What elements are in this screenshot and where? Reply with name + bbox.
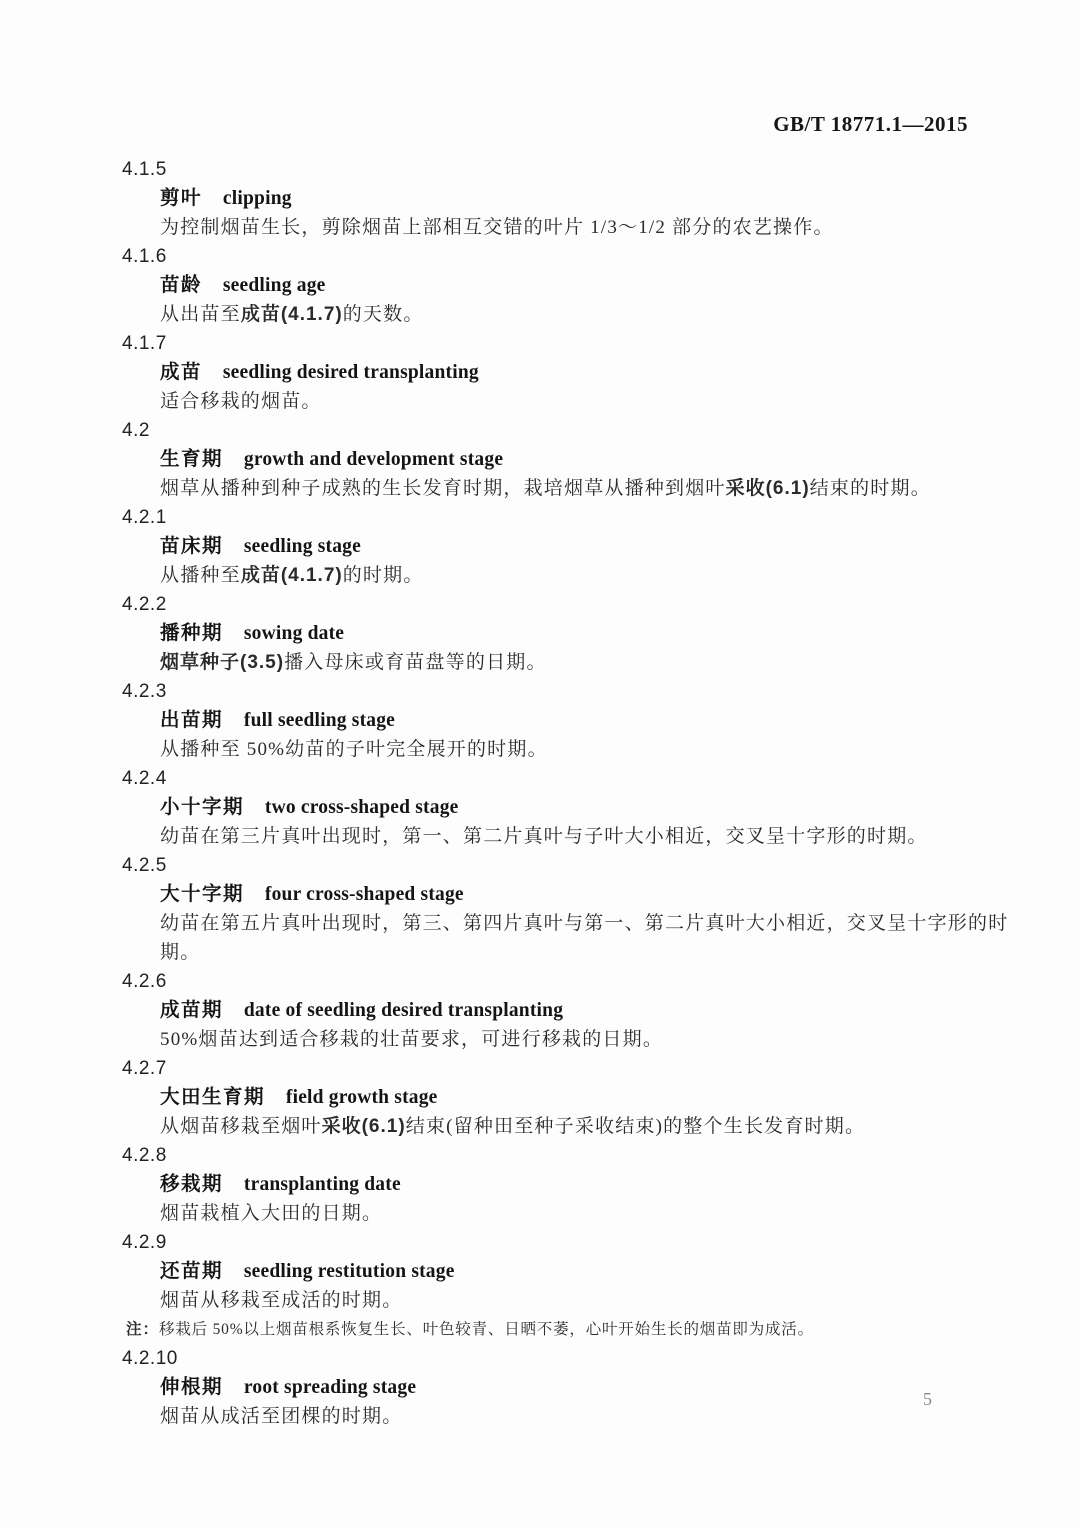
term-line: 苗床期 seedling stage — [160, 532, 1080, 561]
term-line: 成苗期 date of seedling desired transplanti… — [160, 996, 1080, 1025]
term-definition: 烟草从播种到种子成熟的生长发育时期，栽培烟草从播种到烟叶采收(6.1)结束的时期… — [160, 474, 1010, 503]
term-line: 苗龄 seedling age — [160, 271, 1080, 300]
term-entry-4-2-9: 4.2.9 还苗期 seedling restitution stage 烟苗从… — [0, 1228, 1080, 1344]
term-zh: 剪叶 — [160, 187, 202, 209]
term-definition: 烟苗从移栽至成活的时期。 — [160, 1286, 1010, 1315]
term-definition: 幼苗在第三片真叶出现时，第一、第二片真叶与子叶大小相近，交叉呈十字形的时期。 — [160, 822, 1010, 851]
term-line: 伸根期 root spreading stage — [160, 1373, 1080, 1402]
clause-number: 4.2.3 — [122, 677, 1080, 706]
term-definition: 烟苗从成活至团棵的时期。 — [160, 1402, 1010, 1431]
term-en: two cross-shaped stage — [265, 797, 459, 818]
clause-number: 4.1.5 — [122, 155, 1080, 184]
clause-number: 4.1.7 — [122, 329, 1080, 358]
term-zh: 伸根期 — [160, 1376, 223, 1398]
term-definition: 从播种至成苗(4.1.7)的时期。 — [160, 561, 1010, 590]
term-zh: 移栽期 — [160, 1173, 223, 1195]
term-definition: 从播种至 50%幼苗的子叶完全展开的时期。 — [160, 735, 1010, 764]
term-en: four cross-shaped stage — [265, 884, 464, 905]
clause-number: 4.2.4 — [122, 764, 1080, 793]
term-definition: 幼苗在第五片真叶出现时，第三、第四片真叶与第一、第二片真叶大小相近，交叉呈十字形… — [160, 909, 1010, 967]
term-en: seedling desired transplanting — [223, 362, 479, 383]
term-en: sowing date — [244, 623, 344, 644]
term-line: 播种期 sowing date — [160, 619, 1080, 648]
term-en: seedling age — [223, 275, 326, 296]
term-entry-4-2: 4.2 生育期 growth and development stage 烟草从… — [0, 416, 1080, 503]
term-entry-4-2-10: 4.2.10 伸根期 root spreading stage 烟苗从成活至团棵… — [0, 1344, 1080, 1431]
term-en: seedling stage — [244, 536, 361, 557]
term-line: 出苗期 full seedling stage — [160, 706, 1080, 735]
clause-number: 4.2.2 — [122, 590, 1080, 619]
term-entry-4-2-5: 4.2.5 大十字期 four cross-shaped stage 幼苗在第五… — [0, 851, 1080, 967]
clause-number: 4.2.5 — [122, 851, 1080, 880]
term-entry-4-1-7: 4.1.7 成苗 seedling desired transplanting … — [0, 329, 1080, 416]
clause-number: 4.2.9 — [122, 1228, 1080, 1257]
term-zh: 小十字期 — [160, 796, 244, 818]
term-entry-4-2-8: 4.2.8 移栽期 transplanting date 烟苗栽植入大田的日期。 — [0, 1141, 1080, 1228]
term-en: clipping — [223, 188, 292, 209]
document-page: GB/T 18771.1—2015 4.1.5 剪叶 clipping 为控制烟… — [0, 0, 1080, 1528]
term-line: 移栽期 transplanting date — [160, 1170, 1080, 1199]
clause-number: 4.1.6 — [122, 242, 1080, 271]
clause-number: 4.2.8 — [122, 1141, 1080, 1170]
term-definition: 烟苗栽植入大田的日期。 — [160, 1199, 1010, 1228]
clause-number: 4.2.6 — [122, 967, 1080, 996]
page-number: 5 — [923, 1389, 932, 1410]
clause-number: 4.2.7 — [122, 1054, 1080, 1083]
term-en: transplanting date — [244, 1174, 401, 1195]
term-line: 大田生育期 field growth stage — [160, 1083, 1080, 1112]
term-en: growth and development stage — [244, 449, 503, 470]
term-en: full seedling stage — [244, 710, 395, 731]
term-zh: 生育期 — [160, 448, 223, 470]
term-zh: 大十字期 — [160, 883, 244, 905]
term-entry-4-2-4: 4.2.4 小十字期 two cross-shaped stage 幼苗在第三片… — [0, 764, 1080, 851]
term-definition: 为控制烟苗生长，剪除烟苗上部相互交错的叶片 1/3～1/2 部分的农艺操作。 — [160, 213, 1010, 242]
term-zh: 播种期 — [160, 622, 223, 644]
term-en: date of seedling desired transplanting — [244, 1000, 563, 1021]
term-entry-4-1-5: 4.1.5 剪叶 clipping 为控制烟苗生长，剪除烟苗上部相互交错的叶片 … — [0, 155, 1080, 242]
clause-number: 4.2.10 — [122, 1344, 1080, 1373]
term-zh: 苗床期 — [160, 535, 223, 557]
term-entry-4-2-1: 4.2.1 苗床期 seedling stage 从播种至成苗(4.1.7)的时… — [0, 503, 1080, 590]
term-entry-4-2-7: 4.2.7 大田生育期 field growth stage 从烟苗移栽至烟叶采… — [0, 1054, 1080, 1141]
term-zh: 大田生育期 — [160, 1086, 265, 1108]
term-definition: 从烟苗移栽至烟叶采收(6.1)结束(留种田至种子采收结束)的整个生长发育时期。 — [160, 1112, 1010, 1141]
term-line: 生育期 growth and development stage — [160, 445, 1080, 474]
term-line: 小十字期 two cross-shaped stage — [160, 793, 1080, 822]
term-line: 成苗 seedling desired transplanting — [160, 358, 1080, 387]
term-note: 注：移栽后 50%以上烟苗根系恢复生长、叶色较青、日晒不萎，心叶开始生长的烟苗即… — [126, 1315, 1010, 1344]
term-definition: 50%烟苗达到适合移栽的壮苗要求，可进行移栽的日期。 — [160, 1025, 1010, 1054]
term-line: 还苗期 seedling restitution stage — [160, 1257, 1080, 1286]
clause-number: 4.2.1 — [122, 503, 1080, 532]
term-zh: 还苗期 — [160, 1260, 223, 1282]
term-definition: 从出苗至成苗(4.1.7)的天数。 — [160, 300, 1010, 329]
term-en: field growth stage — [286, 1087, 438, 1108]
term-zh: 苗龄 — [160, 274, 202, 296]
term-entry-4-2-6: 4.2.6 成苗期 date of seedling desired trans… — [0, 967, 1080, 1054]
term-en: seedling restitution stage — [244, 1261, 455, 1282]
clause-number: 4.2 — [122, 416, 1080, 445]
term-definition: 适合移栽的烟苗。 — [160, 387, 1010, 416]
term-zh: 成苗期 — [160, 999, 223, 1021]
term-zh: 成苗 — [160, 361, 202, 383]
terms-and-definitions-list: 4.1.5 剪叶 clipping 为控制烟苗生长，剪除烟苗上部相互交错的叶片 … — [0, 155, 1080, 1431]
term-entry-4-1-6: 4.1.6 苗龄 seedling age 从出苗至成苗(4.1.7)的天数。 — [0, 242, 1080, 329]
term-zh: 出苗期 — [160, 709, 223, 731]
term-entry-4-2-3: 4.2.3 出苗期 full seedling stage 从播种至 50%幼苗… — [0, 677, 1080, 764]
term-definition: 烟草种子(3.5)播入母床或育苗盘等的日期。 — [160, 648, 1010, 677]
standard-code-header: GB/T 18771.1—2015 — [773, 112, 968, 137]
term-entry-4-2-2: 4.2.2 播种期 sowing date 烟草种子(3.5)播入母床或育苗盘等… — [0, 590, 1080, 677]
term-line: 剪叶 clipping — [160, 184, 1080, 213]
term-en: root spreading stage — [244, 1377, 416, 1398]
term-line: 大十字期 four cross-shaped stage — [160, 880, 1080, 909]
